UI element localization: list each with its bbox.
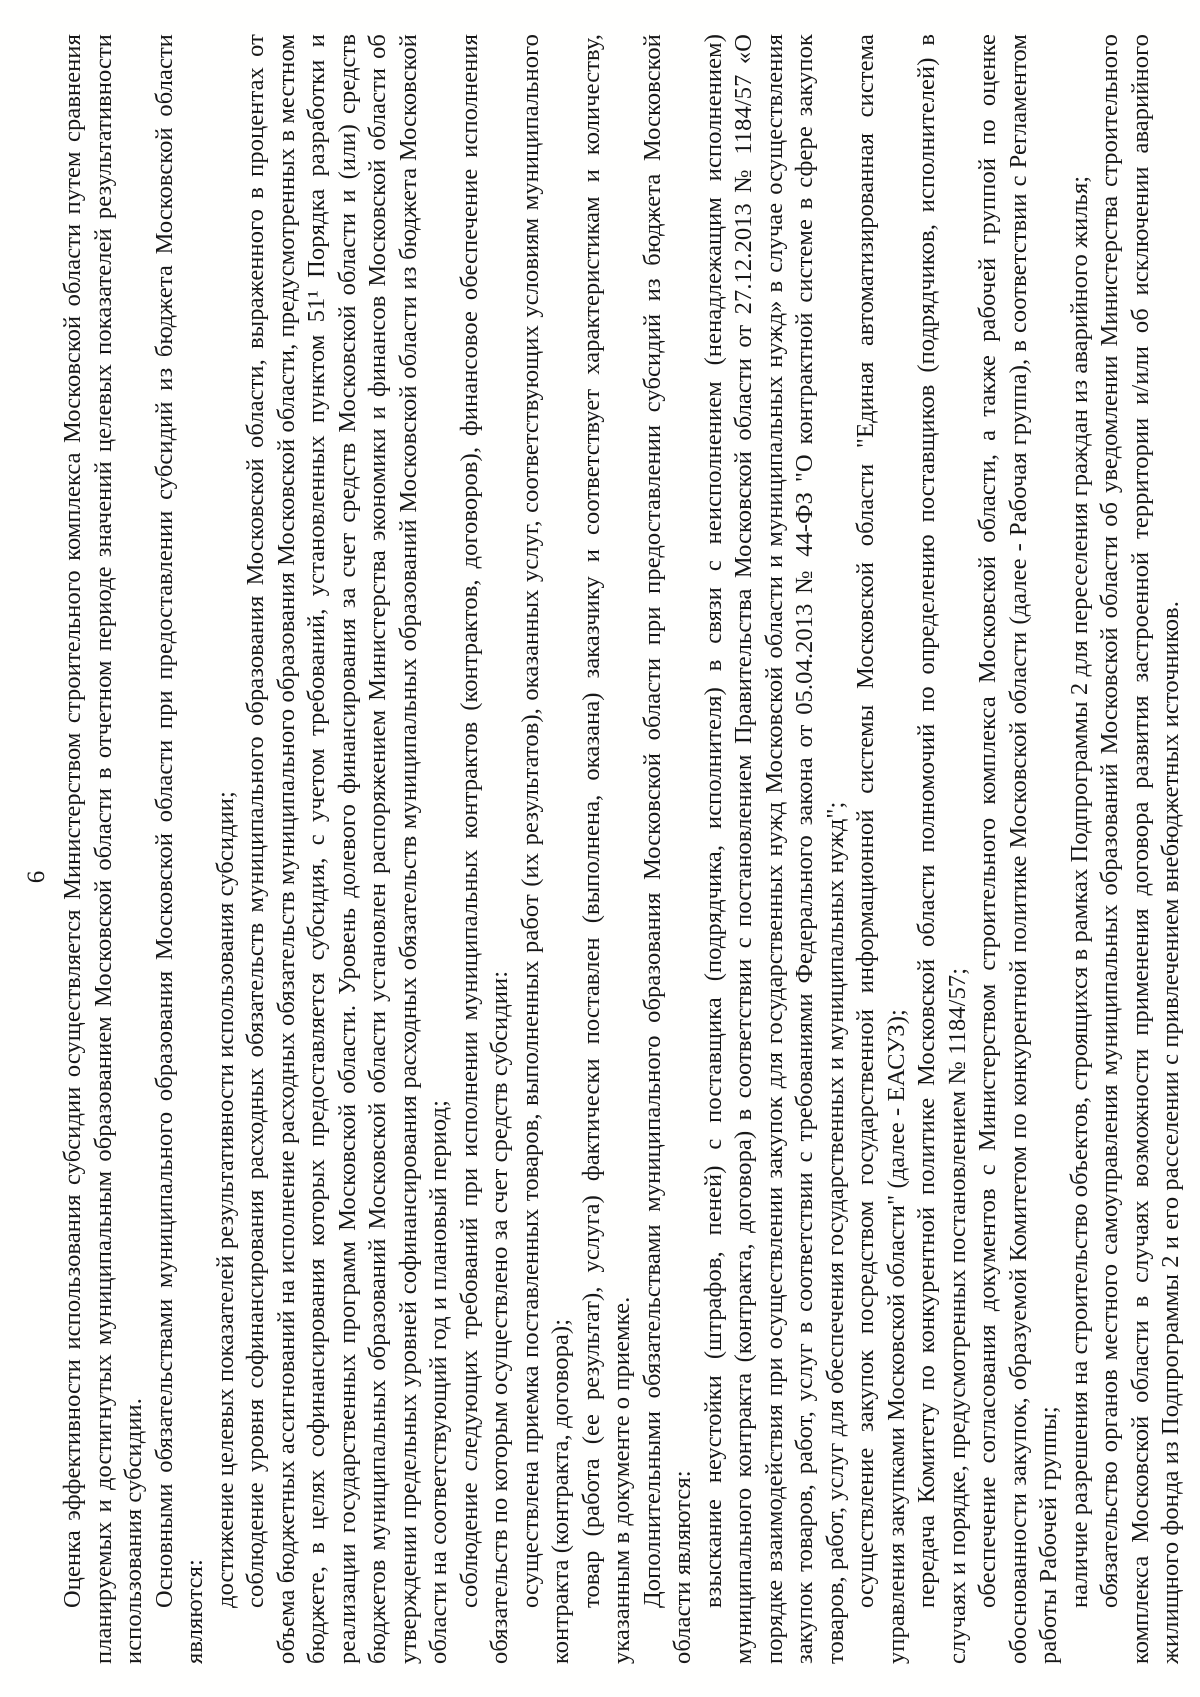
text-line: бюджетов муниципальных образований Моско… (363, 34, 394, 1664)
text-line: случаях и порядке, предусмотренных поста… (943, 34, 974, 1664)
text-line: реализации государственных программ Моск… (333, 34, 364, 1664)
text-line: бюджете, в целях софинансирования которы… (302, 34, 333, 1664)
text-line: осуществление закупок посредством госуда… (851, 34, 882, 1664)
text-line: соблюдение уровня софинансирования расхо… (241, 34, 272, 1664)
text-line: обеспечение согласования документов с Ми… (973, 34, 1004, 1664)
text-line: комплекса Московской области в случаях в… (1126, 34, 1157, 1664)
text-line: области на соответствующий год и плановы… (424, 34, 455, 1664)
text-line: указанным в документе о приемке. (607, 34, 638, 1664)
text-line: товаров, работ, услуг для обеспечения го… (821, 34, 852, 1664)
text-line: взыскание неустойки (штрафов, пеней) с п… (699, 34, 730, 1664)
text-line: контракта (контракта, договора); (546, 34, 577, 1664)
page-number: 6 (20, 90, 54, 1664)
text-line: работы Рабочей группы; (1034, 34, 1065, 1664)
text-line: Оценка эффективности использования субси… (58, 34, 89, 1664)
text-line: управления закупками Московской области"… (882, 34, 913, 1664)
text-line: области являются: (668, 34, 699, 1664)
text-line: передача Комитету по конкурентной полити… (912, 34, 943, 1664)
text-line: утверждении предельных уровней софинанси… (394, 34, 425, 1664)
text-line: планируемых и достигнутых муниципальным … (89, 34, 120, 1664)
text-line: осуществлена приемка поставленных товаро… (516, 34, 547, 1664)
text-line: являются: (180, 34, 211, 1664)
text-line: обязательство органов местного самоуправ… (1095, 34, 1126, 1664)
text-line: жилищного фонда из Подпрограммы 2 и его … (1156, 34, 1187, 1664)
text-line: порядке взаимодействия при осуществлении… (760, 34, 791, 1664)
document-text: Оценка эффективности использования субси… (58, 34, 1187, 1664)
text-line: Дополнительными обязательствами муниципа… (638, 34, 669, 1664)
text-line: соблюдение следующих требований при испо… (455, 34, 486, 1664)
text-line: Основными обязательствами муниципального… (150, 34, 181, 1664)
text-line: использования субсидии. (119, 34, 150, 1664)
text-line: наличие разрешения на строительство объе… (1065, 34, 1096, 1664)
text-line: обязательств по которым осуществлено за … (485, 34, 516, 1664)
text-line: муниципального контракта (контракта, дог… (729, 34, 760, 1664)
rotated-content: 6 Оценка эффективности использования суб… (20, 34, 1180, 1664)
text-line: закупок товаров, работ, услуг в соответс… (790, 34, 821, 1664)
text-line: товар (работа (ее результат), услуга) фа… (577, 34, 608, 1664)
text-line: достижение целевых показателей результат… (211, 34, 242, 1664)
text-line: объема бюджетных ассигнований на исполне… (272, 34, 303, 1664)
text-line: обоснованности закупок, образуемой Комит… (1004, 34, 1035, 1664)
scanned-page: 6 Оценка эффективности использования суб… (0, 0, 1200, 1697)
